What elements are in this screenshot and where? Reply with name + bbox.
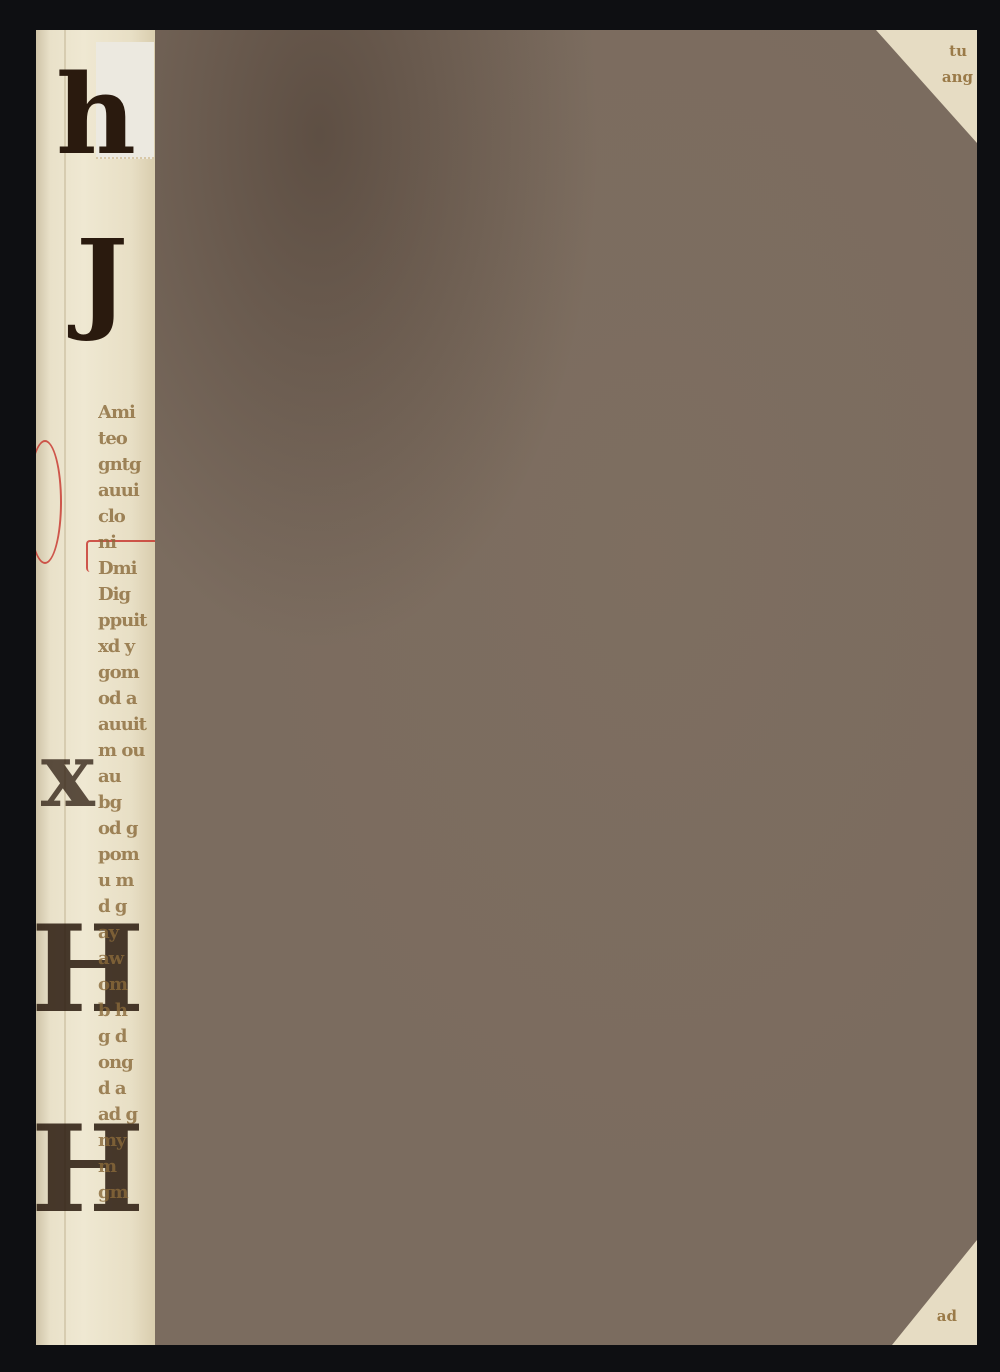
book-cover: h J x H H Ami teo gntg auui clo ni Dmi D… [36, 30, 977, 1345]
spine-letter-1: h [56, 60, 136, 170]
spine-letter-2: J [76, 225, 128, 335]
manuscript-text: Ami teo gntg auui clo ni Dmi Dig ppuit x… [98, 400, 155, 1206]
paper-board: tu ang ad [155, 30, 977, 1345]
vellum-corner-top-right: tu ang [876, 30, 977, 143]
spine-letter-3: x [41, 730, 95, 820]
rubric-flourish [36, 440, 62, 564]
vellum-spine: h J x H H Ami teo gntg auui clo ni Dmi D… [36, 30, 155, 1345]
vellum-corner-bottom-right: ad [892, 1240, 977, 1345]
